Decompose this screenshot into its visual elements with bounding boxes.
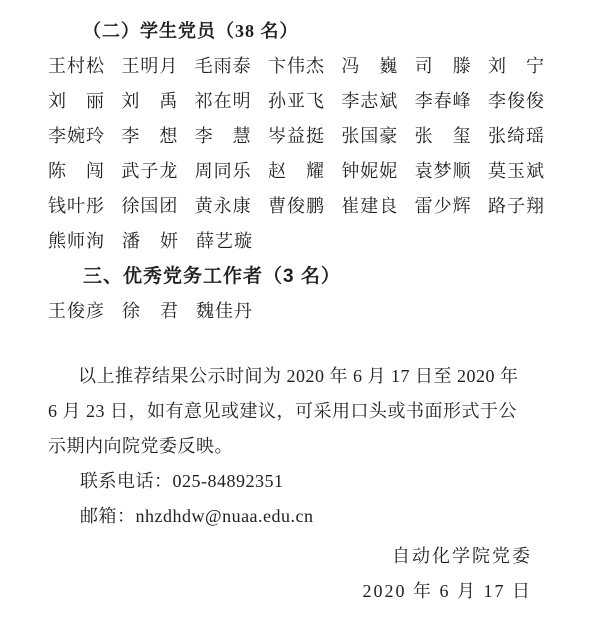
signature-block: 自动化学院党委 2020 年 6 月 17 日 xyxy=(48,539,532,609)
student-name-row: 刘 丽刘 禹祁在明孙亚飞李志斌李春峰李俊俊 xyxy=(48,84,545,119)
student-name: 王明月 xyxy=(121,49,178,84)
student-name: 孙亚飞 xyxy=(268,84,325,119)
student-name: 王村松 xyxy=(48,49,105,84)
worker-name: 魏佳丹 xyxy=(196,294,253,329)
notice-paragraph: 以上推荐结果公示时间为 2020 年 6 月 17 日至 2020 年 6 月 … xyxy=(48,359,545,464)
student-name: 司 滕 xyxy=(415,49,472,84)
student-name: 李俊俊 xyxy=(488,84,545,119)
contact-phone: 联系电话：025-84892351 xyxy=(80,464,545,499)
student-name: 路子翔 xyxy=(488,189,545,224)
contact-email: 邮箱：nhzdhdw@nuaa.edu.cn xyxy=(80,499,545,534)
notice-line: 6 月 23 日，如有意见或建议，可采用口头或书面形式于公 xyxy=(48,394,545,429)
student-name: 李 想 xyxy=(121,119,178,154)
student-name: 袁梦顺 xyxy=(415,154,472,189)
student-name: 张国豪 xyxy=(341,119,398,154)
student-name: 薛艺璇 xyxy=(196,224,253,259)
student-name: 冯 巍 xyxy=(341,49,398,84)
student-name: 崔建良 xyxy=(341,189,398,224)
student-name: 李 慧 xyxy=(195,119,252,154)
student-name-row: 王村松王明月毛雨泰卞伟杰冯 巍司 滕刘 宁 xyxy=(48,49,545,84)
document-page: （二）学生党员（38 名） 王村松王明月毛雨泰卞伟杰冯 巍司 滕刘 宁 刘 丽刘… xyxy=(0,0,599,625)
student-name: 钱叶彤 xyxy=(48,189,105,224)
student-name: 卞伟杰 xyxy=(268,49,325,84)
student-name: 徐国团 xyxy=(121,189,178,224)
student-name: 赵 耀 xyxy=(268,154,325,189)
section-heading-students: （二）学生党员（38 名） xyxy=(83,14,545,49)
student-name: 刘 宁 xyxy=(488,49,545,84)
student-name: 祁在明 xyxy=(195,84,252,119)
student-name: 刘 丽 xyxy=(48,84,105,119)
student-name: 潘 妍 xyxy=(122,224,179,259)
worker-name: 徐 君 xyxy=(122,294,179,329)
student-name-row: 钱叶彤徐国团黄永康曹俊鹏崔建良雷少辉路子翔 xyxy=(48,189,545,224)
student-name: 熊师洵 xyxy=(48,224,105,259)
student-name-row: 陈 闯武子龙周同乐赵 耀钟妮妮袁梦顺莫玉斌 xyxy=(48,154,545,189)
student-name: 毛雨泰 xyxy=(195,49,252,84)
student-name: 周同乐 xyxy=(195,154,252,189)
student-name: 岑益挺 xyxy=(268,119,325,154)
student-name: 陈 闯 xyxy=(48,154,105,189)
student-name: 曹俊鹏 xyxy=(268,189,325,224)
student-name: 张 玺 xyxy=(415,119,472,154)
notice-line: 示期内向院党委反映。 xyxy=(48,429,545,464)
student-name: 李春峰 xyxy=(415,84,472,119)
worker-name: 王俊彦 xyxy=(48,294,105,329)
student-name: 张绮瑶 xyxy=(488,119,545,154)
student-name-row: 李婉玲李 想李 慧岑益挺张国豪张 玺张绮瑶 xyxy=(48,119,545,154)
section-heading-workers: 三、优秀党务工作者（3 名） xyxy=(83,259,545,294)
student-name: 莫玉斌 xyxy=(488,154,545,189)
student-name: 李婉玲 xyxy=(48,119,105,154)
student-name-row: 熊师洵潘 妍薛艺璇 xyxy=(48,224,545,259)
document-content: （二）学生党员（38 名） 王村松王明月毛雨泰卞伟杰冯 巍司 滕刘 宁 刘 丽刘… xyxy=(0,0,599,609)
signature-date: 2020 年 6 月 17 日 xyxy=(48,574,532,609)
signature: 自动化学院党委 xyxy=(48,539,532,574)
student-name: 黄永康 xyxy=(195,189,252,224)
student-name: 李志斌 xyxy=(341,84,398,119)
student-name: 刘 禹 xyxy=(121,84,178,119)
notice-line: 以上推荐结果公示时间为 2020 年 6 月 17 日至 2020 年 xyxy=(48,359,545,394)
student-name: 雷少辉 xyxy=(415,189,472,224)
student-name: 武子龙 xyxy=(121,154,178,189)
worker-name-row: 王俊彦徐 君魏佳丹 xyxy=(48,294,545,329)
student-name: 钟妮妮 xyxy=(341,154,398,189)
